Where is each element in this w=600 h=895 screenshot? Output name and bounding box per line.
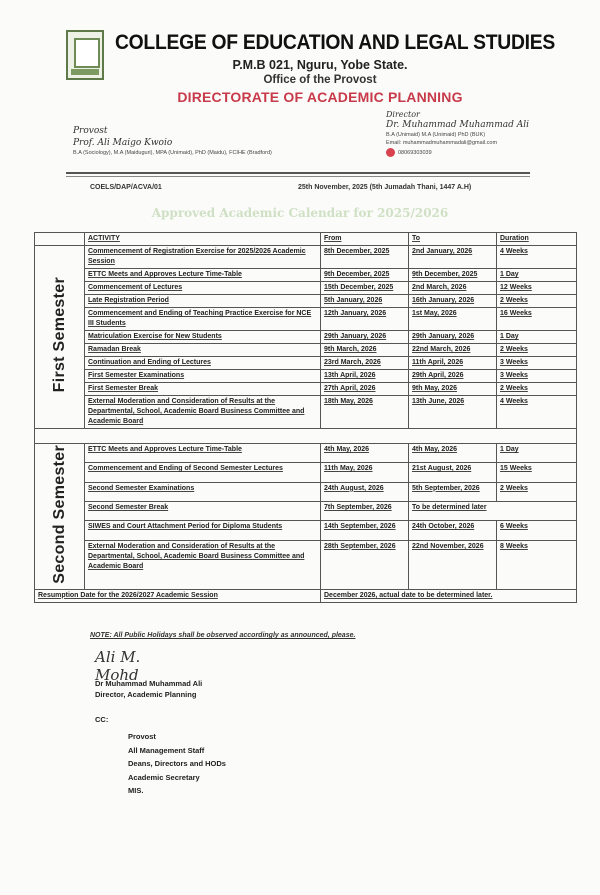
from-cell: 28th September, 2026	[321, 540, 409, 589]
org-address: P.M.B 021, Nguru, Yobe State.	[0, 58, 600, 72]
duration-cell: 2 Weeks	[497, 344, 577, 357]
from-cell: 29th January, 2026	[321, 331, 409, 344]
duration-cell: 4 Weeks	[497, 246, 577, 269]
provost-block: Provost Prof. Ali Maigo Kwoio B.A (Socio…	[73, 126, 272, 156]
to-cell: 24th October, 2026	[409, 521, 497, 540]
cc-recipient: Academic Secretary	[128, 771, 226, 785]
cc-recipient: Provost	[128, 730, 226, 744]
to-cell: 1st May, 2026	[409, 308, 497, 331]
activity-cell: ETTC Meets and Approves Lecture Time-Tab…	[85, 269, 321, 282]
duration-cell: 15 Weeks	[497, 463, 577, 482]
provost-role: Provost	[73, 126, 272, 136]
header-from: From	[321, 233, 409, 246]
to-cell: 2nd January, 2026	[409, 246, 497, 269]
table-row: Second Semester Break7th September, 2026…	[35, 501, 577, 520]
first-semester-cell: First Semester	[35, 246, 85, 429]
phone-value: 08069303039	[398, 150, 432, 156]
to-cell: 29th January, 2026	[409, 331, 497, 344]
activity-cell: Ramadan Break	[85, 344, 321, 357]
signature: Ali M. Mohd	[95, 648, 175, 672]
table-header-row: ACTIVITYFromToDuration	[35, 233, 577, 246]
signer-title: Director, Academic Planning	[95, 689, 202, 700]
table-row: SIWES and Court Attachment Period for Di…	[35, 521, 577, 540]
from-cell: 13th April, 2026	[321, 370, 409, 383]
header-duration: Duration	[497, 233, 577, 246]
activity-cell: Commencement and Ending of Second Semest…	[85, 463, 321, 482]
phone-icon	[386, 148, 395, 157]
table-row: Late Registration Period5th January, 202…	[35, 295, 577, 308]
from-cell: 8th December, 2025	[321, 246, 409, 269]
duration-cell: 16 Weeks	[497, 308, 577, 331]
director-role: Director	[386, 110, 529, 119]
activity-cell: Matriculation Exercise for New Students	[85, 331, 321, 344]
duration-cell: 1 Day	[497, 269, 577, 282]
table-row: ETTC Meets and Approves Lecture Time-Tab…	[35, 269, 577, 282]
holiday-note: NOTE: All Public Holidays shall be obser…	[90, 632, 355, 639]
table-row: Commencement and Ending of Teaching Prac…	[35, 308, 577, 331]
director-block: Director Dr. Muhammad Muhammad Ali B.A (…	[386, 110, 529, 157]
header-divider-thin	[66, 176, 530, 177]
table-row: Second Semester Examinations24th August,…	[35, 482, 577, 501]
to-cell: 16th January, 2026	[409, 295, 497, 308]
cc-recipient: All Management Staff	[128, 744, 226, 758]
from-cell: 9th March, 2026	[321, 344, 409, 357]
header-activity: ACTIVITY	[85, 233, 321, 246]
spacer-cell	[35, 429, 577, 444]
duration-cell: 12 Weeks	[497, 282, 577, 295]
signer-block: Dr Muhammad Muhammad Ali Director, Acade…	[95, 678, 202, 700]
college-crest-icon	[66, 30, 104, 80]
activity-cell: Second Semester Break	[85, 501, 321, 520]
provost-name: Prof. Ali Maigo Kwoio	[73, 138, 272, 148]
director-email: Email: muhammadmuhammadali@gmail.com	[386, 140, 529, 146]
table-row: Matriculation Exercise for New Students2…	[35, 331, 577, 344]
activity-cell: Continuation and Ending of Lectures	[85, 357, 321, 370]
to-cell: 13th June, 2026	[409, 396, 497, 429]
from-cell: 24th August, 2026	[321, 482, 409, 501]
first-semester-label: First Semester	[55, 277, 65, 392]
to-cell: To be determined later	[409, 501, 577, 520]
from-cell: 15th December, 2025	[321, 282, 409, 295]
resumption-row: Resumption Date for the 2026/2027 Academ…	[35, 589, 577, 602]
from-cell: 12th January, 2026	[321, 308, 409, 331]
table-row: External Moderation and Consideration of…	[35, 396, 577, 429]
duration-cell: 4 Weeks	[497, 396, 577, 429]
duration-cell: 2 Weeks	[497, 295, 577, 308]
activity-cell: Commencement of Registration Exercise fo…	[85, 246, 321, 269]
cc-label: CC:	[95, 715, 108, 724]
from-cell: 7th September, 2026	[321, 501, 409, 520]
to-cell: 29th April, 2026	[409, 370, 497, 383]
cc-recipient: Deans, Directors and HODs	[128, 757, 226, 771]
activity-cell: Commencement of Lectures	[85, 282, 321, 295]
header-to: To	[409, 233, 497, 246]
duration-cell: 6 Weeks	[497, 521, 577, 540]
resumption-label: Resumption Date for the 2026/2027 Academ…	[35, 589, 321, 602]
org-name: COLLEGE OF EDUCATION AND LEGAL STUDIES	[115, 31, 520, 55]
cc-list: ProvostAll Management StaffDeans, Direct…	[128, 730, 226, 798]
signer-name: Dr Muhammad Muhammad Ali	[95, 678, 202, 689]
director-phone: 08069303039	[386, 148, 529, 157]
activity-cell: ETTC Meets and Approves Lecture Time-Tab…	[85, 444, 321, 463]
second-semester-cell: Second Semester	[35, 444, 85, 590]
duration-cell: 1 Day	[497, 331, 577, 344]
table-row: Second SemesterETTC Meets and Approves L…	[35, 444, 577, 463]
activity-cell: External Moderation and Consideration of…	[85, 396, 321, 429]
to-cell: 9th December, 2025	[409, 269, 497, 282]
duration-cell: 3 Weeks	[497, 357, 577, 370]
cc-recipient: MIS.	[128, 784, 226, 798]
academic-calendar-table: ACTIVITYFromToDurationFirst SemesterComm…	[34, 232, 577, 603]
from-cell: 5th January, 2026	[321, 295, 409, 308]
from-cell: 4th May, 2026	[321, 444, 409, 463]
resumption-value: December 2026, actual date to be determi…	[321, 589, 577, 602]
from-cell: 11th May, 2026	[321, 463, 409, 482]
table-row: Commencement and Ending of Second Semest…	[35, 463, 577, 482]
to-cell: 9th May, 2026	[409, 383, 497, 396]
email-label: Email:	[386, 140, 401, 146]
duration-cell: 8 Weeks	[497, 540, 577, 589]
activity-cell: Second Semester Examinations	[85, 482, 321, 501]
to-cell: 4th May, 2026	[409, 444, 497, 463]
activity-cell: SIWES and Court Attachment Period for Di…	[85, 521, 321, 540]
table-row: First SemesterCommencement of Registrati…	[35, 246, 577, 269]
to-cell: 5th September, 2026	[409, 482, 497, 501]
table-row: External Moderation and Consideration of…	[35, 540, 577, 589]
table-row: Commencement of Lectures15th December, 2…	[35, 282, 577, 295]
email-value: muhammadmuhammadali@gmail.com	[403, 140, 497, 146]
from-cell: 14th September, 2026	[321, 521, 409, 540]
memo-page: COLLEGE OF EDUCATION AND LEGAL STUDIES P…	[0, 0, 600, 895]
from-cell: 27th April, 2026	[321, 383, 409, 396]
activity-cell: First Semester Examinations	[85, 370, 321, 383]
table-row: Continuation and Ending of Lectures23rd …	[35, 357, 577, 370]
director-name: Dr. Muhammad Muhammad Ali	[386, 120, 529, 130]
duration-cell: 1 Day	[497, 444, 577, 463]
from-cell: 18th May, 2026	[321, 396, 409, 429]
activity-cell: First Semester Break	[85, 383, 321, 396]
from-cell: 9th December, 2025	[321, 269, 409, 282]
to-cell: 2nd March, 2026	[409, 282, 497, 295]
calendar-title: Approved Academic Calendar for 2025/2026	[0, 206, 600, 220]
table-row: First Semester Break27th April, 20269th …	[35, 383, 577, 396]
office-line: Office of the Provost	[0, 74, 600, 86]
to-cell: 21st August, 2026	[409, 463, 497, 482]
activity-cell: External Moderation and Consideration of…	[85, 540, 321, 589]
to-cell: 22nd March, 2026	[409, 344, 497, 357]
activity-cell: Late Registration Period	[85, 295, 321, 308]
director-qualifications: B.A (Unimaid) M.A (Unimaid) PhD (BUK)	[386, 132, 529, 138]
semester-spacer	[35, 429, 577, 444]
reference-number: COELS/DAP/ACVA/01	[90, 184, 162, 191]
activity-cell: Commencement and Ending of Teaching Prac…	[85, 308, 321, 331]
to-cell: 22nd November, 2026	[409, 540, 497, 589]
from-cell: 23rd March, 2026	[321, 357, 409, 370]
provost-qualifications: B.A (Sociology), M.A (Maiduguri), MPA (U…	[73, 150, 272, 156]
second-semester-label: Second Semester	[55, 445, 65, 584]
directorate-line: DIRECTORATE OF ACADEMIC PLANNING	[0, 89, 600, 105]
semester-column-header	[35, 233, 85, 246]
duration-cell: 2 Weeks	[497, 383, 577, 396]
table-row: Ramadan Break9th March, 202622nd March, …	[35, 344, 577, 357]
header-divider	[66, 172, 530, 174]
duration-cell: 2 Weeks	[497, 482, 577, 501]
to-cell: 11th April, 2026	[409, 357, 497, 370]
memo-date: 25th November, 2025 (5th Jumadah Thani, …	[298, 184, 471, 191]
table-row: First Semester Examinations13th April, 2…	[35, 370, 577, 383]
duration-cell: 3 Weeks	[497, 370, 577, 383]
